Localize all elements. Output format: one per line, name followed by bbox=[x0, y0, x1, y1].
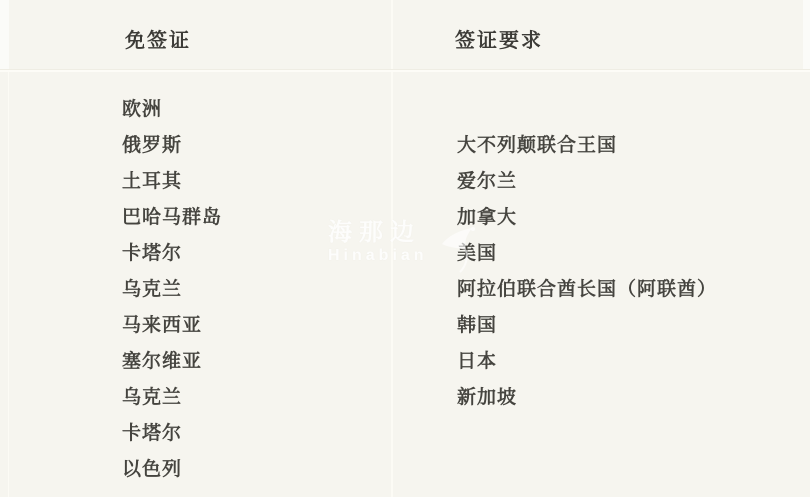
table-cell: 土耳其 bbox=[122, 161, 391, 197]
table-cell: 乌克兰 bbox=[122, 269, 391, 305]
table-cell: 新加坡 bbox=[457, 377, 810, 413]
table-cell: 爱尔兰 bbox=[457, 161, 810, 197]
table-cell: 塞尔维亚 bbox=[122, 341, 391, 377]
page-margin-right bbox=[803, 0, 810, 70]
table-cell: 马来西亚 bbox=[122, 305, 391, 341]
visa-free-column: 欧洲 俄罗斯 土耳其 巴哈马群岛 卡塔尔 乌克兰 马来西亚 塞尔维亚 乌克兰 卡… bbox=[0, 71, 391, 485]
visa-required-column: 大不列颠联合王国 爱尔兰 加拿大 美国 阿拉伯联合酋长国（阿联酋） 韩国 日本 … bbox=[393, 71, 810, 413]
column-header-visa-required: 签证要求 bbox=[455, 24, 543, 53]
table-cell: 欧洲 bbox=[122, 89, 391, 125]
column-header-visa-free: 免签证 bbox=[125, 24, 191, 53]
table-cell: 韩国 bbox=[457, 305, 810, 341]
table-cell: 俄罗斯 bbox=[122, 125, 391, 161]
table-cell: 阿拉伯联合酋长国（阿联酋） bbox=[457, 269, 810, 305]
table-cell: 乌克兰 bbox=[122, 377, 391, 413]
table-cell: 以色列 bbox=[122, 449, 391, 485]
table-cell: 美国 bbox=[457, 233, 810, 269]
table-cell: 卡塔尔 bbox=[122, 233, 391, 269]
table-cell: 日本 bbox=[457, 341, 810, 377]
table-cell: 巴哈马群岛 bbox=[122, 197, 391, 233]
table-cell: 大不列颠联合王国 bbox=[457, 125, 810, 161]
table-cell: 卡塔尔 bbox=[122, 413, 391, 449]
table-cell: 加拿大 bbox=[457, 197, 810, 233]
visa-table-screenshot: 免签证 签证要求 欧洲 俄罗斯 土耳其 巴哈马群岛 卡塔尔 乌克兰 马来西亚 塞… bbox=[0, 0, 810, 497]
page-margin-left bbox=[0, 0, 9, 70]
